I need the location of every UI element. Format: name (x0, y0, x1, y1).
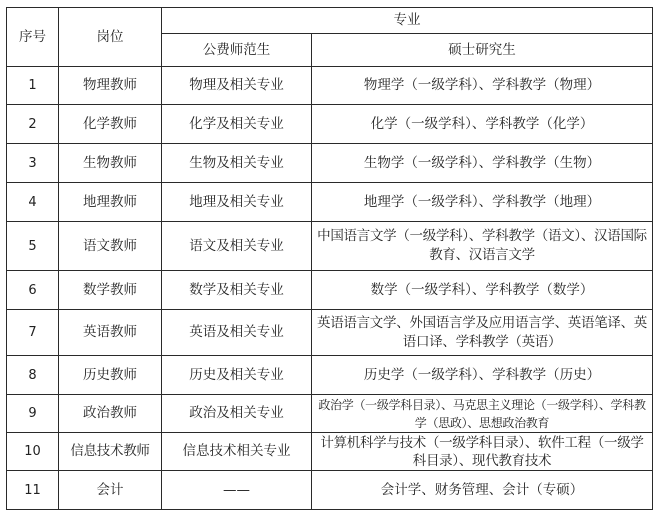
cell-normal: 化学及相关专业 (162, 105, 312, 144)
cell-master: 中国语言文学（一级学科）、学科教学（语文）、汉语国际教育、汉语言文学 (312, 222, 653, 271)
table-row: 9 政治教师 政治及相关专业 政治学（一级学科目录）、马克思主义理论（一级学科）… (7, 395, 653, 433)
cell-normal: 英语及相关专业 (162, 310, 312, 356)
cell-normal: 信息技术相关专业 (162, 433, 312, 471)
cell-position: 物理教师 (59, 67, 162, 105)
header-normal-student: 公费师范生 (162, 34, 312, 67)
cell-position: 生物教师 (59, 144, 162, 183)
cell-index: 1 (7, 67, 59, 105)
cell-position: 政治教师 (59, 395, 162, 433)
cell-normal: 地理及相关专业 (162, 183, 312, 222)
cell-master: 化学（一级学科）、学科教学（化学） (312, 105, 653, 144)
cell-normal: 数学及相关专业 (162, 271, 312, 310)
cell-position: 会计 (59, 471, 162, 510)
cell-master: 生物学（一级学科）、学科教学（生物） (312, 144, 653, 183)
cell-index: 7 (7, 310, 59, 356)
header-master-student: 硕士研究生 (312, 34, 653, 67)
cell-normal: 物理及相关专业 (162, 67, 312, 105)
header-row-1: 序号 岗位 专业 (7, 8, 653, 34)
cell-position: 数学教师 (59, 271, 162, 310)
cell-position: 化学教师 (59, 105, 162, 144)
table-row: 3 生物教师 生物及相关专业 生物学（一级学科）、学科教学（生物） (7, 144, 653, 183)
cell-master: 数学（一级学科）、学科教学（数学） (312, 271, 653, 310)
table-row: 11 会计 —— 会计学、财务管理、会计（专硕） (7, 471, 653, 510)
cell-normal: 语文及相关专业 (162, 222, 312, 271)
cell-index: 8 (7, 356, 59, 395)
cell-position: 英语教师 (59, 310, 162, 356)
cell-master: 政治学（一级学科目录）、马克思主义理论（一级学科）、学科教学（思政）、思想政治教… (312, 395, 653, 433)
table-row: 8 历史教师 历史及相关专业 历史学（一级学科）、学科教学（历史） (7, 356, 653, 395)
table-row: 1 物理教师 物理及相关专业 物理学（一级学科）、学科教学（物理） (7, 67, 653, 105)
table-row: 7 英语教师 英语及相关专业 英语语言文学、外国语言学及应用语言学、英语笔译、英… (7, 310, 653, 356)
header-position: 岗位 (59, 8, 162, 67)
cell-master: 历史学（一级学科）、学科教学（历史） (312, 356, 653, 395)
cell-index: 6 (7, 271, 59, 310)
cell-position: 语文教师 (59, 222, 162, 271)
cell-normal: 历史及相关专业 (162, 356, 312, 395)
cell-master: 地理学（一级学科）、学科教学（地理） (312, 183, 653, 222)
table-row: 2 化学教师 化学及相关专业 化学（一级学科）、学科教学（化学） (7, 105, 653, 144)
header-major: 专业 (162, 8, 653, 34)
cell-normal: 政治及相关专业 (162, 395, 312, 433)
cell-position: 历史教师 (59, 356, 162, 395)
cell-normal: —— (162, 471, 312, 510)
cell-index: 3 (7, 144, 59, 183)
cell-index: 5 (7, 222, 59, 271)
table-row: 6 数学教师 数学及相关专业 数学（一级学科）、学科教学（数学） (7, 271, 653, 310)
table-row: 5 语文教师 语文及相关专业 中国语言文学（一级学科）、学科教学（语文）、汉语国… (7, 222, 653, 271)
table-row: 10 信息技术教师 信息技术相关专业 计算机科学与技术（一级学科目录）、软件工程… (7, 433, 653, 471)
cell-master: 计算机科学与技术（一级学科目录）、软件工程（一级学科目录）、现代教育技术 (312, 433, 653, 471)
cell-index: 2 (7, 105, 59, 144)
cell-master: 物理学（一级学科）、学科教学（物理） (312, 67, 653, 105)
cell-index: 4 (7, 183, 59, 222)
cell-index: 11 (7, 471, 59, 510)
header-index: 序号 (7, 8, 59, 67)
cell-index: 9 (7, 395, 59, 433)
cell-position: 地理教师 (59, 183, 162, 222)
table-row: 4 地理教师 地理及相关专业 地理学（一级学科）、学科教学（地理） (7, 183, 653, 222)
cell-index: 10 (7, 433, 59, 471)
cell-master: 会计学、财务管理、会计（专硕） (312, 471, 653, 510)
recruitment-table: 序号 岗位 专业 公费师范生 硕士研究生 1 物理教师 物理及相关专业 物理学（… (6, 7, 653, 510)
cell-position: 信息技术教师 (59, 433, 162, 471)
cell-master: 英语语言文学、外国语言学及应用语言学、英语笔译、英语口译、学科教学（英语） (312, 310, 653, 356)
cell-normal: 生物及相关专业 (162, 144, 312, 183)
